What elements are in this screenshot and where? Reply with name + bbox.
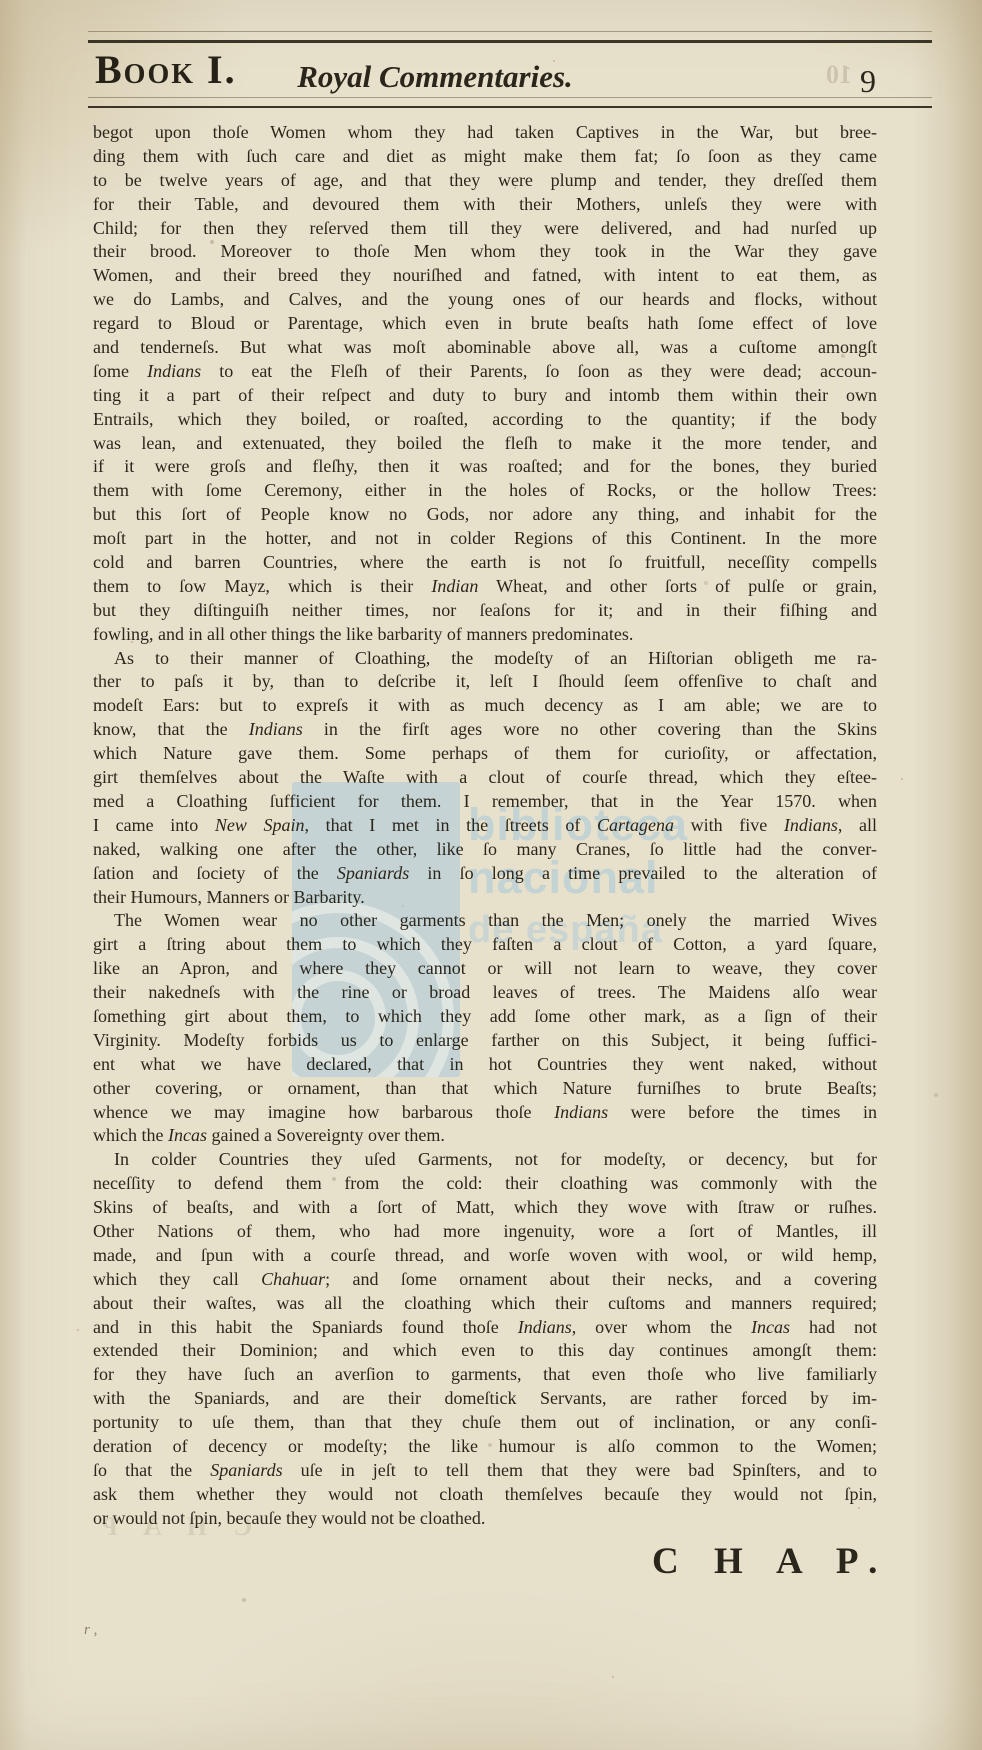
text-line: deration of decency or modeſty; the like… xyxy=(93,1435,877,1459)
text-line: begot upon thoſe Women whom they had tak… xyxy=(93,121,877,145)
text-line: but they diſtinguiſh neither times, nor … xyxy=(93,599,877,623)
text-line: ding them with ſuch care and diet as mig… xyxy=(93,145,877,169)
text-line: med a Cloathing ſufficient for them. I r… xyxy=(93,790,877,814)
text-line: ther to paſs it by, than to deſcribe it,… xyxy=(93,670,877,694)
text-line: which they call Chahuar; and ſome orname… xyxy=(93,1268,877,1292)
text-line: which Nature gave them. Some perhaps of … xyxy=(93,742,877,766)
paragraph: The Women wear no other garments than th… xyxy=(93,909,877,1148)
text-line: Other Nations of them, who had more inge… xyxy=(93,1220,877,1244)
text-line: Entrails, which they boiled, or roaſted,… xyxy=(93,408,877,432)
text-line: regard to Bloud or Parentage, which even… xyxy=(93,312,877,336)
text-line: them to ſow Mayz, which is their Indian … xyxy=(93,575,877,599)
text-line: or would not ſpin, becauſe they would no… xyxy=(93,1507,877,1531)
text-line: for their Table, and devoured them with … xyxy=(93,193,877,217)
text-line: their Humours, Manners or Barbarity. xyxy=(93,886,877,910)
text-line: ask them whether they would not cloath t… xyxy=(93,1483,877,1507)
text-line: ſomething girt about them, to which they… xyxy=(93,1005,877,1029)
running-title: Royal Commentaries. xyxy=(255,60,615,94)
text-line: moſt part in the hotter, and not in cold… xyxy=(93,527,877,551)
paragraph: begot upon thoſe Women whom they had tak… xyxy=(93,121,877,647)
paper-speckles xyxy=(0,0,2,2)
text-line: their brood. Moreover to thoſe Men whom … xyxy=(93,240,877,264)
text-line: their nakedneſs with the rine or broad l… xyxy=(93,981,877,1005)
text-line: made, and ſpun with a courſe thread, and… xyxy=(93,1244,877,1268)
text-line: know, that the Indians in the firſt ages… xyxy=(93,718,877,742)
text-line: whence we may imagine how barbarous thoſ… xyxy=(93,1101,877,1125)
text-line: was lean, and extenuated, they boiled th… xyxy=(93,432,877,456)
text-line: Women, and their breed they nouriſhed an… xyxy=(93,264,877,288)
text-line: ſation and ſociety of the Spaniards in ſ… xyxy=(93,862,877,886)
text-line: other covering, or ornament, than that w… xyxy=(93,1077,877,1101)
text-line: Child; for then they reſerved them till … xyxy=(93,217,877,241)
text-line: ſome Indians to eat the Fleſh of their P… xyxy=(93,360,877,384)
header-rule-thick-top xyxy=(88,40,932,43)
text-line: them with ſome Ceremony, either in the h… xyxy=(93,479,877,503)
header-rule-thin-bottom xyxy=(88,97,932,98)
text-line: for they have ſuch an averſion to garmen… xyxy=(93,1363,877,1387)
header-rule-thick-bottom xyxy=(88,106,932,108)
pen-mark: r , xyxy=(84,1622,97,1639)
text-line: if it were groſs and fleſhy, then it was… xyxy=(93,455,877,479)
text-line: ting it a part of their reſpect and duty… xyxy=(93,384,877,408)
text-line: fowling, and in all other things the lik… xyxy=(93,623,877,647)
text-line: Skins of beaſts, and with a ſort of Matt… xyxy=(93,1196,877,1220)
text-line: The Women wear no other garments than th… xyxy=(93,909,877,933)
text-line: naked, walking one after the other, like… xyxy=(93,838,877,862)
chapter-catchword: C H A P. xyxy=(652,1540,890,1583)
text-line: modeſt Ears: but to expreſs it with as m… xyxy=(93,694,877,718)
text-line: which the Incas gained a Sovereignty ove… xyxy=(93,1124,877,1148)
book-label: Book I. xyxy=(95,50,237,90)
text-line: neceſſity to defend them from the cold: … xyxy=(93,1172,877,1196)
text-line: we do Lambs, and Calves, and the young o… xyxy=(93,288,877,312)
header-rule-thin-top xyxy=(88,31,932,32)
show-through-page-number: 10 xyxy=(826,60,852,90)
book-page: Book I. Royal Commentaries. 10 9 bibliot… xyxy=(0,0,982,1750)
paragraph: As to their manner of Cloathing, the mod… xyxy=(93,647,877,910)
text-line: As to their manner of Cloathing, the mod… xyxy=(93,647,877,671)
text-line: In colder Countries they uſed Garments, … xyxy=(93,1148,877,1172)
text-line: ent what we have declared, that in hot C… xyxy=(93,1053,877,1077)
text-line: girt themſelves about the Waſte with a c… xyxy=(93,766,877,790)
text-line: but this ſort of People know no Gods, no… xyxy=(93,503,877,527)
text-line: to be twelve years of age, and that they… xyxy=(93,169,877,193)
paragraph: In colder Countries they uſed Garments, … xyxy=(93,1148,877,1530)
text-line: and tenderneſs. But what was moſt abomin… xyxy=(93,336,877,360)
text-line: I came into New Spain, that I met in the… xyxy=(93,814,877,838)
text-line: with the Spaniards, and are their domeſt… xyxy=(93,1387,877,1411)
page-number: 9 xyxy=(860,64,876,98)
text-line: ſo that the Spaniards uſe in jeſt to tel… xyxy=(93,1459,877,1483)
text-line: cold and barren Countries, where the ear… xyxy=(93,551,877,575)
body-text: begot upon thoſe Women whom they had tak… xyxy=(93,121,877,1531)
text-line: Virginity. Modeſty forbids us to enlarge… xyxy=(93,1029,877,1053)
text-line: girt a ſtring about them to which they f… xyxy=(93,933,877,957)
text-line: about their waſtes, was all the cloathin… xyxy=(93,1292,877,1316)
text-line: and in this habit the Spaniards found th… xyxy=(93,1316,877,1340)
text-line: like an Apron, and where they cannot or … xyxy=(93,957,877,981)
text-line: portunity to uſe them, than that they ch… xyxy=(93,1411,877,1435)
text-line: extended their Dominion; and which even … xyxy=(93,1339,877,1363)
